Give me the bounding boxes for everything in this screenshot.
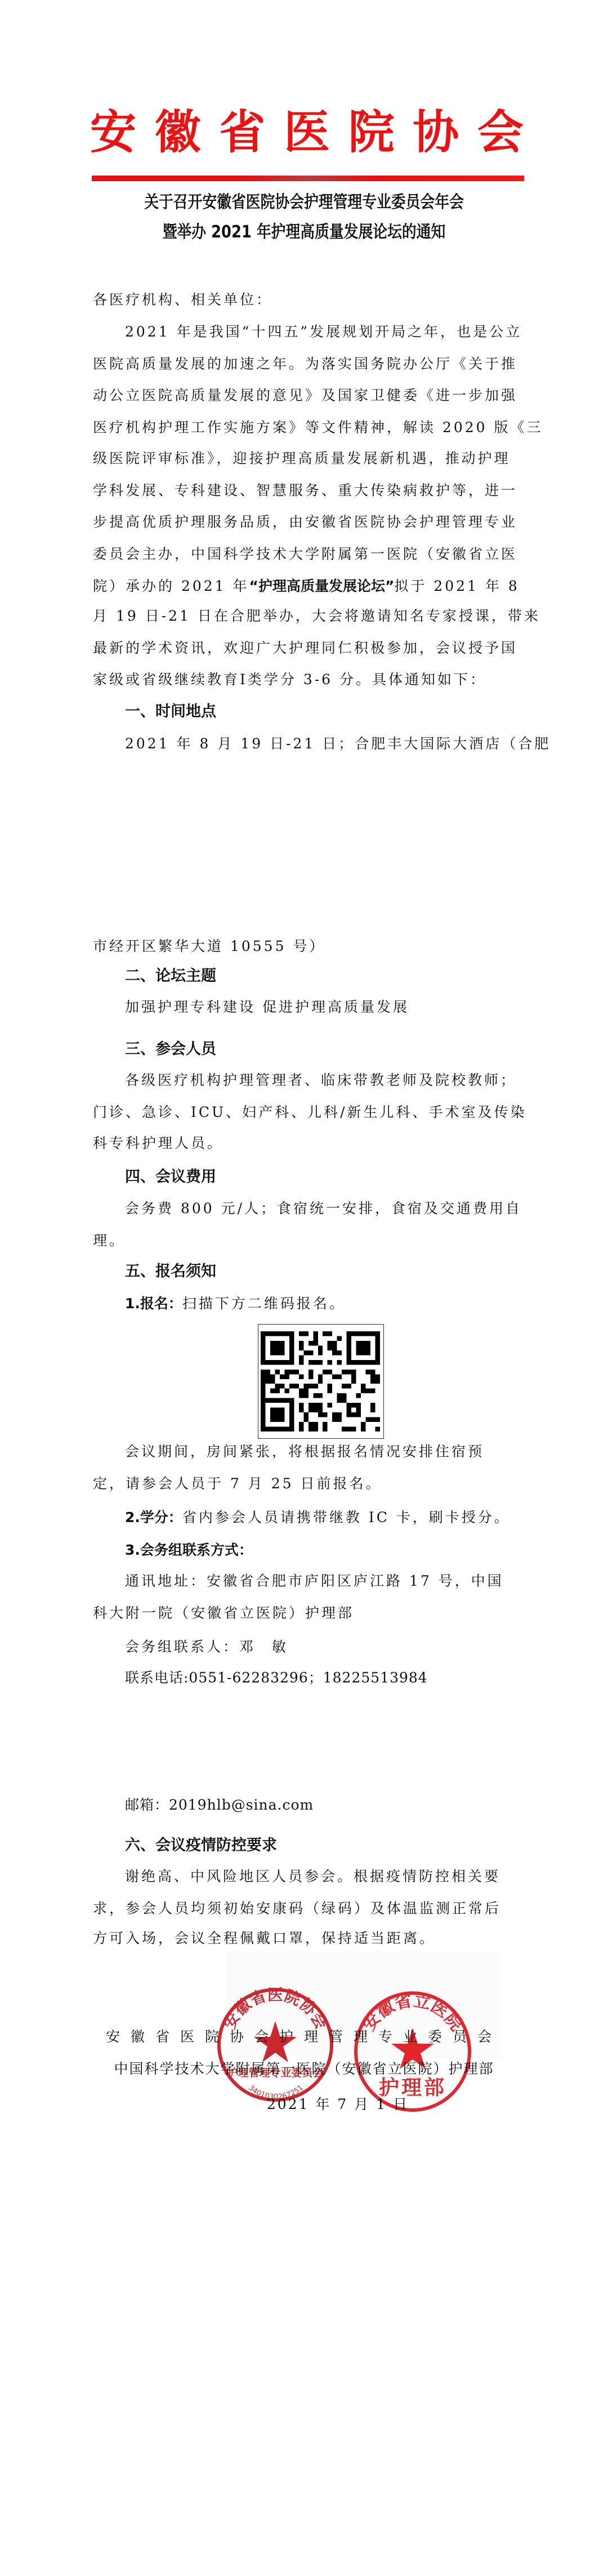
masthead-char: 徽 (155, 105, 201, 161)
registration-note-line: 定，请参会人员于 7 月 25 日前报名。 (93, 1474, 526, 1493)
registration-note-line: 会议期间，房间紧张，将根据报名情况安排住宿预 (125, 1442, 558, 1461)
epidemic-line: 方可入场，会议全程佩戴口罩，保持适当距离。 (93, 1929, 526, 1948)
signature-org-2: 中国科学技术大学附属第一医院（安徽省立医院）护理部 (84, 2059, 524, 2079)
fees-line: 理。 (93, 1231, 526, 1250)
forum-name: “护理高质量发展论坛” (249, 578, 395, 594)
registration-item-2: 2.学分：省内参会人员请携带继教 IC 卡，刷卡授分。 (125, 1508, 558, 1527)
credit-label: 2.学分： (125, 1509, 182, 1525)
credit-text: 省内参会人员请携带继教 IC 卡，刷卡授分。 (182, 1509, 511, 1525)
registration-label: 1.报名： (125, 1295, 182, 1312)
time-place-line: 2021 年 8 月 19 日-21 日；合肥丰大国际大酒店（合肥 (125, 734, 558, 753)
intro-line: 2021 年是我国“十四五”发展规划开局之年，也是公立 (125, 322, 558, 342)
registration-item-1: 1.报名：扫描下方二维码报名。 (125, 1294, 558, 1313)
contact-label: 3.会务组联系方式： (125, 1542, 253, 1558)
section-heading-attendees: 三、参会人员 (125, 1040, 216, 1059)
epidemic-line: 谢绝高、中风险地区人员参会。根据疫情防控相关要 (125, 1867, 558, 1886)
attendees-line: 门诊、急诊、ICU、妇产科、儿科/新生儿科、手术室及传染 (93, 1103, 526, 1122)
section-heading-forum-theme: 二、论坛主题 (125, 967, 216, 986)
signature-org-1: 安徽省医院协会护理管理专业委员会 (84, 2027, 524, 2047)
attendees-line: 科专科护理人员。 (93, 1134, 526, 1153)
masthead-red-rule (92, 176, 524, 181)
time-place-line: 市经开区繁华大道 10555 号） (93, 937, 526, 956)
attendees-line: 各级医疗机构护理管理者、临床带教老师及院校教师； (125, 1071, 558, 1090)
registration-qr-code[interactable] (258, 1324, 384, 1439)
masthead-char: 省 (219, 105, 265, 161)
forum-theme-text: 加强护理专科建设 促进护理高质量发展 (125, 998, 558, 1017)
section-heading-time-place: 一、时间地点 (125, 702, 216, 721)
contact-email[interactable]: 邮箱：2019hlb@sina.com (125, 1796, 558, 1815)
section-heading-registration: 五、报名须知 (125, 1262, 216, 1281)
epidemic-line: 求，参会人员均须初始安康码（绿码）及体温监测正常后 (93, 1899, 526, 1918)
org-masthead: 安 徽 省 医 院 协 会 (90, 105, 524, 161)
intro-line: 动公立医院高质量发展的意见》及国家卫健委《进一步加强 (93, 386, 526, 405)
mailing-address-line: 科大附一院（安徽省立医院）护理部 (93, 1604, 526, 1623)
intro-line: 医院高质量发展的加速之年。为落实国务院办公厅《关于推 (93, 354, 526, 374)
intro-line: 级医院评审标准》，迎接护理高质量发展新机遇，推动护理 (93, 449, 526, 468)
masthead-char: 医 (284, 105, 330, 161)
intro-line: 最新的学术资讯，欢迎广大护理同仁积极参加，会议授予国 (93, 639, 526, 658)
document-title-line1: 关于召开安徽省医院协会护理管理专业委员会年会 (101, 191, 507, 214)
intro-text: 拟于 2021 年 8 (394, 578, 519, 594)
qr-code-icon (261, 1331, 380, 1431)
document-title-line2: 暨举办 2021 年护理高质量发展论坛的通知 (101, 221, 507, 244)
intro-line-forum: 院）承办的 2021 年“护理高质量发展论坛”拟于 2021 年 8 (93, 577, 526, 596)
intro-line: 月 19 日-21 日在合肥举办，大会将邀请知名专家授课，带来 (93, 607, 526, 626)
registration-text: 扫描下方二维码报名。 (182, 1295, 346, 1312)
salutation: 各医疗机构、相关单位： (93, 290, 526, 309)
mailing-address-line: 通讯地址：安徽省合肥市庐阳区庐江路 17 号，中国 (125, 1572, 558, 1591)
fees-line: 会务费 800 元/人；食宿统一安排，食宿及交通费用自 (125, 1199, 558, 1218)
signature-date: 2021 年 7 月 1 日 (169, 2095, 507, 2114)
masthead-char: 会 (477, 105, 524, 161)
section-heading-fees: 四、会议费用 (125, 1168, 216, 1187)
registration-item-3: 3.会务组联系方式： (125, 1541, 558, 1560)
masthead-char: 院 (348, 105, 395, 161)
intro-line: 医疗机构护理工作实施方案》等文件精神，解读 2020 版《三 (93, 418, 526, 437)
official-seal-nursing-department-icon: 安徽省立医院 护理部 (353, 1991, 472, 2112)
intro-line: 家级或省级继续教育Ⅰ类学分 3-6 分。具体通知如下： (93, 670, 526, 689)
intro-line: 委员会主办，中国科学技术大学附属第一医院（安徽省立医 (93, 545, 526, 564)
masthead-char: 安 (90, 105, 136, 161)
masthead-char: 协 (413, 105, 459, 161)
section-heading-epidemic-control: 六、会议疫情防控要求 (125, 1836, 277, 1855)
contact-phone: 联系电话:0551-62283296；18225513984 (125, 1668, 558, 1688)
contact-person: 会务组联系人：邓 敏 (125, 1637, 558, 1657)
intro-line: 步提高优质护理服务品质，由安徽省医院协会护理管理专业 (93, 513, 526, 532)
intro-text: 院）承办的 2021 年 (93, 578, 249, 594)
intro-line: 学科发展、专科建设、智慧服务、重大传染病救护等，进一 (93, 481, 526, 500)
